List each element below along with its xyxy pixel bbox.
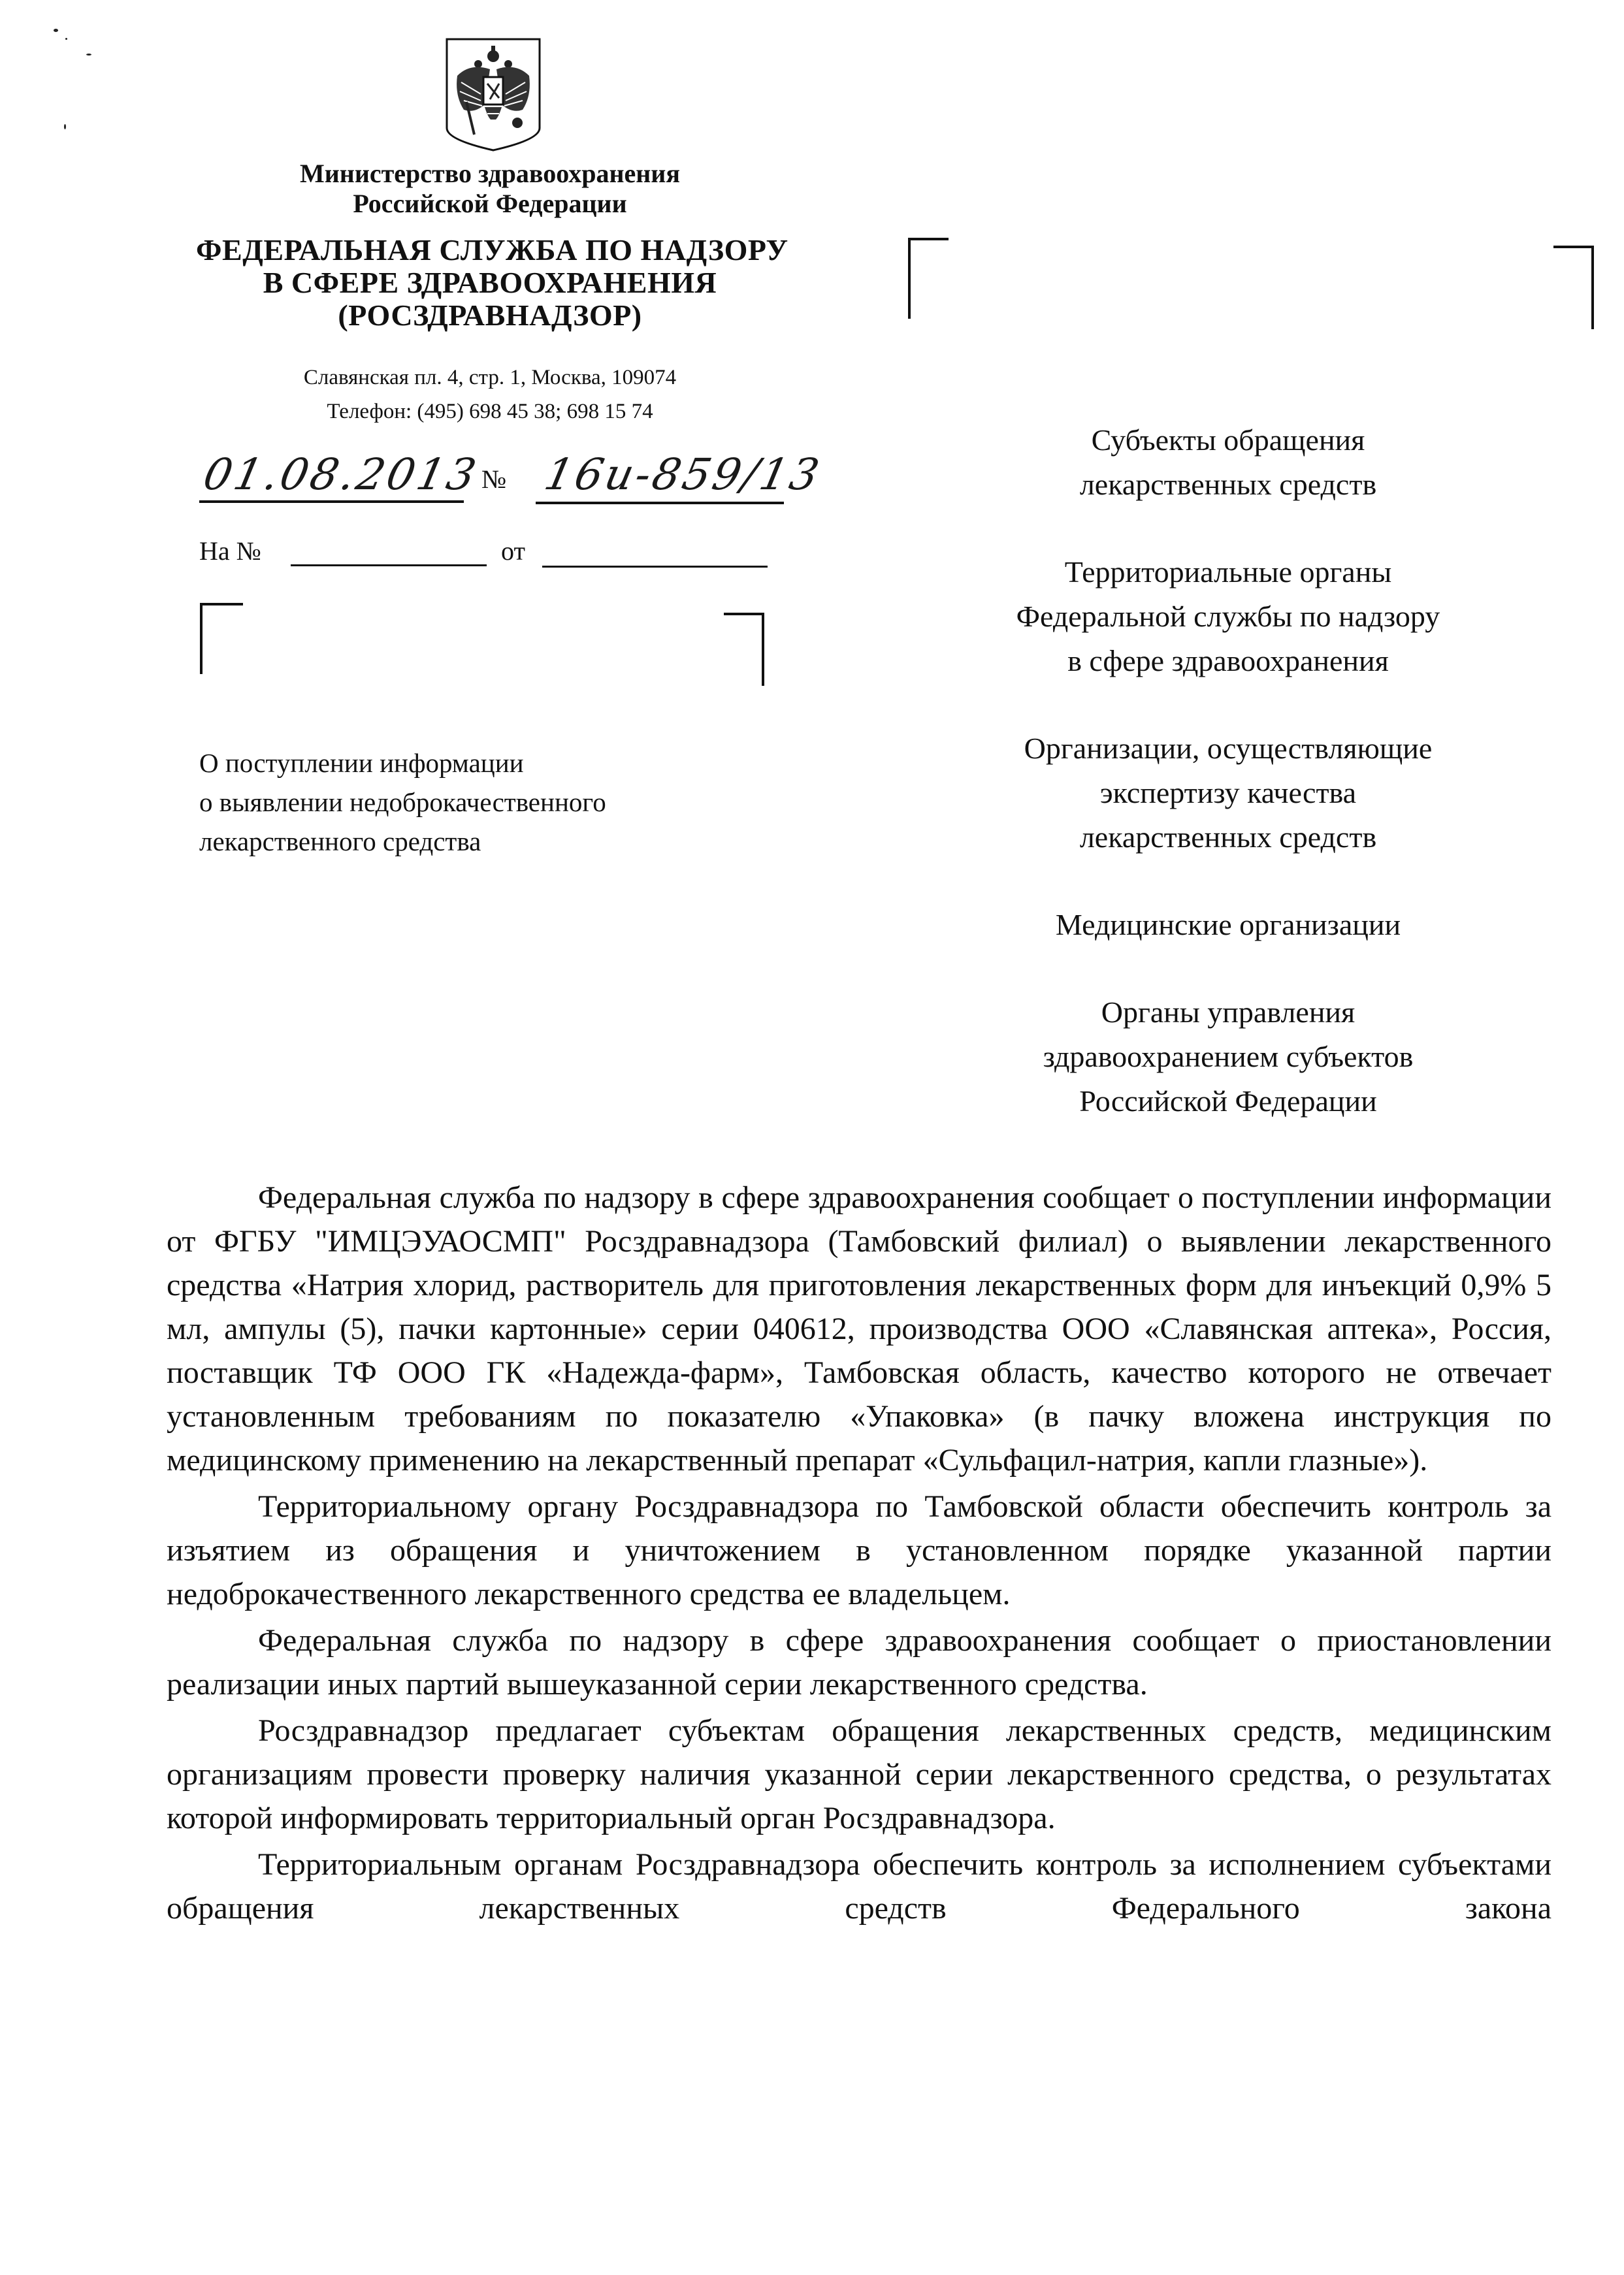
registration-date: 01.08.2013 [199,449,483,500]
service-name-line2: В СФЕРЕ ЗДРАВООХРАНЕНИЯ [196,265,784,300]
addressee-group: Субъекты обращения лекарственных средств [928,418,1529,507]
service-name-line3: (РОСЗДРАВНАДЗОР) [196,298,784,332]
subject-line: о выявлении недоброкачественного [199,783,606,822]
bracket-top-right [724,613,764,686]
addressee-group: Органы управления здравоохранением субъе… [928,990,1529,1123]
registration-line: 01.08.2013 № 16и-859/13 [199,449,885,502]
scan-speck [54,29,58,32]
addressee-line: Территориальные органы [928,550,1529,594]
reference-number-field [291,562,487,566]
reference-number-label: На № [199,536,261,566]
reference-date-field [542,563,768,568]
addressee-line: Федеральной службы по надзору [928,594,1529,639]
reference-line: На № от [199,536,787,575]
scan-speck [65,38,67,40]
addressee-group: Медицинские организации [928,903,1529,947]
addressee-line: Медицинские организации [928,903,1529,947]
addressee-line: лекарственных средств [928,462,1529,507]
addressee-line: Субъекты обращения [928,418,1529,462]
number-underline [536,502,784,504]
addressee-bracket-right [1553,246,1594,329]
addressee-group: Организации, осуществляющие экспертизу к… [928,726,1529,860]
ministry-name-line1: Министерство здравоохранения [196,158,784,189]
service-address: Славянская пл. 4, стр. 1, Москва, 109074 [196,366,784,390]
service-phone: Телефон: (495) 698 45 38; 698 15 74 [196,400,784,424]
letter-body: Федеральная служба по надзору в сфере зд… [167,1176,1551,1930]
body-paragraph: Территориальным органам Росздравнадзора … [167,1843,1551,1930]
letter-subject: О поступлении информации о выявлении нед… [199,743,606,861]
body-paragraph: Росздравнадзор предлагает субъектам обра… [167,1709,1551,1840]
ministry-name-line2: Российской Федерации [196,188,784,219]
subject-line: лекарственного средства [199,822,606,861]
body-paragraph: Федеральная служба по надзору в сфере зд… [167,1619,1551,1706]
addressee-line: Российской Федерации [928,1079,1529,1123]
date-underline [199,500,464,503]
addressee-line: Органы управления [928,990,1529,1035]
registration-number: 16и-859/13 [540,449,826,500]
bracket-top-left [200,603,243,674]
reference-from-label: от [501,536,525,566]
addressee-group: Территориальные органы Федеральной служб… [928,550,1529,683]
addressee-list: Субъекты обращения лекарственных средств… [928,418,1529,1167]
addressee-line: Организации, осуществляющие [928,726,1529,771]
addressee-line: экспертизу качества [928,771,1529,815]
coat-of-arms-icon [444,37,542,153]
addressee-line: лекарственных средств [928,815,1529,860]
body-paragraph: Территориальному органу Росздравнадзора … [167,1485,1551,1616]
addressee-bracket-left [908,238,949,319]
subject-line: О поступлении информации [199,743,606,783]
addressee-line: в сфере здравоохранения [928,639,1529,683]
addressee-line: здравоохранением субъектов [928,1035,1529,1079]
service-name-line1: ФЕДЕРАЛЬНАЯ СЛУЖБА ПО НАДЗОРУ [196,233,784,267]
scan-speck [64,124,66,129]
number-sign: № [481,464,506,494]
body-paragraph: Федеральная служба по надзору в сфере зд… [167,1176,1551,1482]
scan-speck [86,54,91,56]
